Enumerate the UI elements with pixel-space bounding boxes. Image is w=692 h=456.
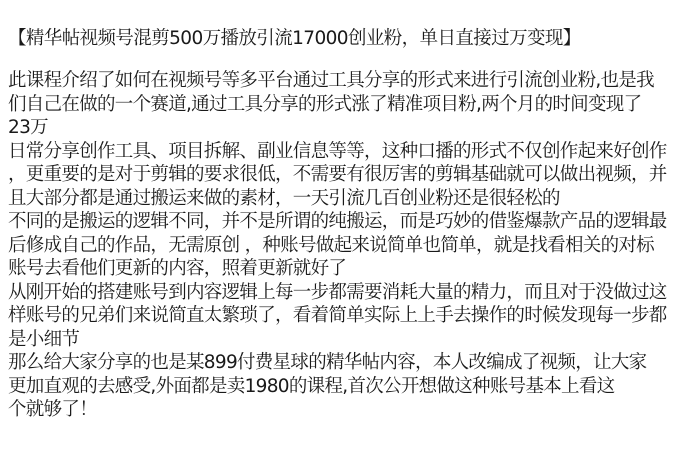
paragraph-line: 日常分享创作工具、项目拆解、副业信息等等，这种口播的形式不仅创作起来好创作 — [8, 140, 692, 164]
paragraph-conclusion: 那么给大家分享的也是某899付费星球的精华帖内容，本人改编成了视频，让大家 更加… — [8, 351, 692, 422]
paragraph-line: 是小细节 — [8, 328, 692, 352]
blank-line — [8, 50, 692, 69]
paragraph-line: 不同的是搬运的逻辑不同，并不是所谓的纯搬运，而是巧妙的借鉴爆款产品的逻辑最 — [8, 210, 692, 234]
paragraph-line: 那么给大家分享的也是某899付费星球的精华帖内容，本人改编成了视频，让大家 — [8, 351, 692, 375]
paragraph-line: 账号去看他们更新的内容，照着更新就好了 — [8, 257, 692, 281]
paragraph-line: ，更重要的是对于剪辑的要求很低，不需要有很厉害的剪辑基础就可以做出视频，并 — [8, 163, 692, 187]
document-body: 【精华帖视频号混剪500万播放引流17000创业粉，单日直接过万变现】 此课程介… — [8, 27, 692, 422]
paragraph-line: 样账号的兄弟们来说简直太繁琐了，看着简单实际上上手去操作的时候发现每一步都 — [8, 304, 692, 328]
paragraph-line: 们自己在做的一个赛道,通过工具分享的形式涨了精准项目粉,两个月的时间变现了 — [8, 93, 692, 117]
document-title: 【精华帖视频号混剪500万播放引流17000创业粉，单日直接过万变现】 — [8, 27, 692, 50]
paragraph-line: 更加直观的去感受,外面都是卖1980的课程,首次公开想做这种账号基本上看这 — [8, 375, 692, 399]
paragraph-line: 23万 — [8, 116, 692, 140]
paragraph-daily-sharing: 日常分享创作工具、项目拆解、副业信息等等，这种口播的形式不仅创作起来好创作 ，更… — [8, 140, 692, 211]
paragraph-line: 从刚开始的搭建账号到内容逻辑上每一步都需要消耗大量的精力，而且对于没做过这 — [8, 281, 692, 305]
paragraph-logic-difference: 不同的是搬运的逻辑不同，并不是所谓的纯搬运，而是巧妙的借鉴爆款产品的逻辑最 后修… — [8, 210, 692, 281]
paragraph-line: 此课程介绍了如何在视频号等多平台通过工具分享的形式来进行引流创业粉,也是我 — [8, 69, 692, 93]
paragraph-effort: 从刚开始的搭建账号到内容逻辑上每一步都需要消耗大量的精力，而且对于没做过这 样账… — [8, 281, 692, 352]
paragraph-line: 个就够了！ — [8, 398, 692, 422]
paragraph-intro: 此课程介绍了如何在视频号等多平台通过工具分享的形式来进行引流创业粉,也是我 们自… — [8, 69, 692, 140]
paragraph-line: 后修成自己的作品，无需原创 ，种账号做起来说简单也简单，就是找看相关的对标 — [8, 234, 692, 258]
paragraph-line: 且大部分都是通过搬运来做的素材，一天引流几百创业粉还是很轻松的 — [8, 187, 692, 211]
